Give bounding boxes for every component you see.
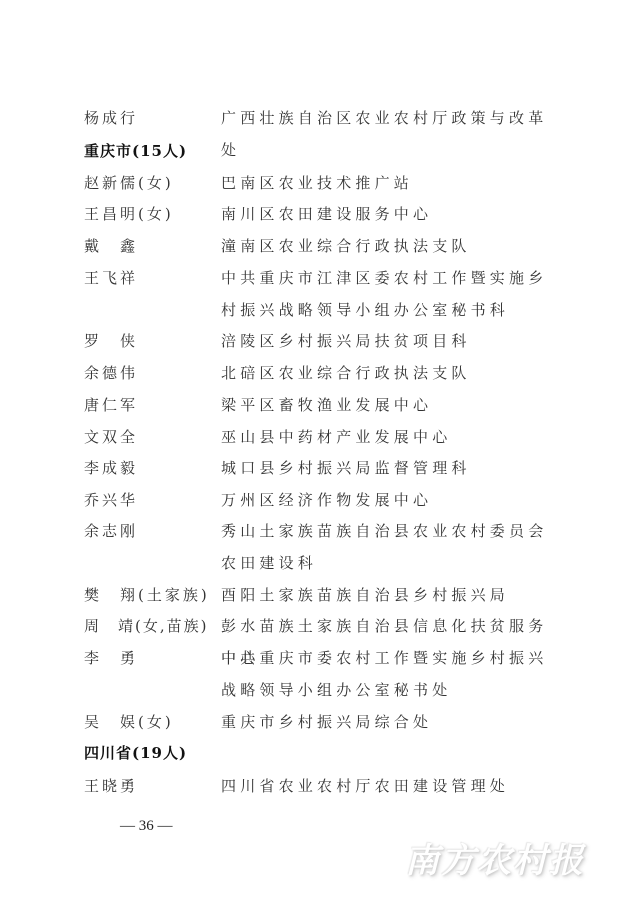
- person-name: 樊 翔(土家族): [84, 579, 210, 611]
- organization: 中共重庆市委农村工作暨实施乡村振兴战略领导小组办公室秘书处: [221, 642, 566, 706]
- organization: 秀山土家族苗族自治县农业农村委员会农田建设科: [221, 515, 566, 579]
- list-item: 唐仁军 梁平区畜牧渔业发展中心: [84, 389, 564, 421]
- person-name: 王晓勇: [84, 770, 138, 802]
- list-item: 吴 娱(女) 重庆市乡村振兴局综合处: [84, 706, 564, 738]
- organization: 重庆市乡村振兴局综合处: [221, 706, 566, 738]
- list-item: 余德伟 北碚区农业综合行政执法支队: [84, 357, 564, 389]
- list-item: 王晓勇 四川省农业农村厅农田建设管理处: [84, 770, 564, 802]
- person-name: 文双全: [84, 421, 138, 453]
- list-item: 戴 鑫 潼南区农业综合行政执法支队: [84, 230, 564, 262]
- organization: 中共重庆市江津区委农村工作暨实施乡村振兴战略领导小组办公室秘书科: [221, 262, 566, 326]
- person-name: 周 靖(女,苗族): [84, 610, 208, 642]
- list-item: 赵新儒(女) 巴南区农业技术推广站: [84, 167, 564, 199]
- organization: 北碚区农业综合行政执法支队: [221, 357, 566, 389]
- list-item: 杨成行 广西壮族自治区农业农村厅政策与改革处: [84, 102, 564, 134]
- organization: 南川区农田建设服务中心: [221, 198, 566, 230]
- list-item: 樊 翔(土家族) 酉阳土家族苗族自治县乡村振兴局: [84, 579, 564, 611]
- person-name: 罗 侠: [84, 325, 138, 357]
- person-name: 杨成行: [84, 102, 138, 134]
- person-name: 李 勇: [84, 642, 138, 674]
- person-name: 乔兴华: [84, 484, 138, 516]
- organization: 潼南区农业综合行政执法支队: [221, 230, 566, 262]
- list-item: 周 靖(女,苗族) 彭水苗族土家族自治县信息化扶贫服务中心: [84, 610, 564, 642]
- document-page: 杨成行 广西壮族自治区农业农村厅政策与改革处 重庆市(15人) 赵新儒(女) 巴…: [0, 0, 640, 905]
- list-item: 乔兴华 万州区经济作物发展中心: [84, 484, 564, 516]
- person-name: 唐仁军: [84, 389, 138, 421]
- section-heading-chongqing: 重庆市(15人): [84, 135, 187, 167]
- person-name: 李成毅: [84, 452, 138, 484]
- person-name: 王昌明(女): [84, 198, 174, 230]
- organization: 万州区经济作物发展中心: [221, 484, 566, 516]
- organization: 广西壮族自治区农业农村厅政策与改革处: [221, 102, 566, 166]
- list-item: 余志刚 秀山土家族苗族自治县农业农村委员会农田建设科: [84, 515, 564, 579]
- organization: 四川省农业农村厅农田建设管理处: [221, 770, 566, 802]
- watermark-logo: 南方农村报: [405, 833, 585, 882]
- person-name: 赵新儒(女): [84, 167, 174, 199]
- person-name: 吴 娱(女): [84, 706, 174, 738]
- list-item: 王飞祥 中共重庆市江津区委农村工作暨实施乡村振兴战略领导小组办公室秘书科: [84, 262, 564, 326]
- list-item: 王昌明(女) 南川区农田建设服务中心: [84, 198, 564, 230]
- person-name: 戴 鑫: [84, 230, 138, 262]
- organization: 巫山县中药材产业发展中心: [221, 421, 566, 453]
- page-number: — 36 —: [120, 812, 173, 840]
- person-name: 余志刚: [84, 515, 138, 547]
- organization: 巴南区农业技术推广站: [221, 167, 566, 199]
- organization: 城口县乡村振兴局监督管理科: [221, 452, 566, 484]
- list-item: 罗 侠 涪陵区乡村振兴局扶贫项目科: [84, 325, 564, 357]
- list-item: 文双全 巫山县中药材产业发展中心: [84, 421, 564, 453]
- person-name: 余德伟: [84, 357, 138, 389]
- person-name: 王飞祥: [84, 262, 138, 294]
- section-heading-sichuan: 四川省(19人): [84, 737, 187, 769]
- list-item: 李 勇 中共重庆市委农村工作暨实施乡村振兴战略领导小组办公室秘书处: [84, 642, 564, 706]
- list-item: 李成毅 城口县乡村振兴局监督管理科: [84, 452, 564, 484]
- organization: 涪陵区乡村振兴局扶贫项目科: [221, 325, 566, 357]
- organization: 梁平区畜牧渔业发展中心: [221, 389, 566, 421]
- organization: 酉阳土家族苗族自治县乡村振兴局: [221, 579, 566, 611]
